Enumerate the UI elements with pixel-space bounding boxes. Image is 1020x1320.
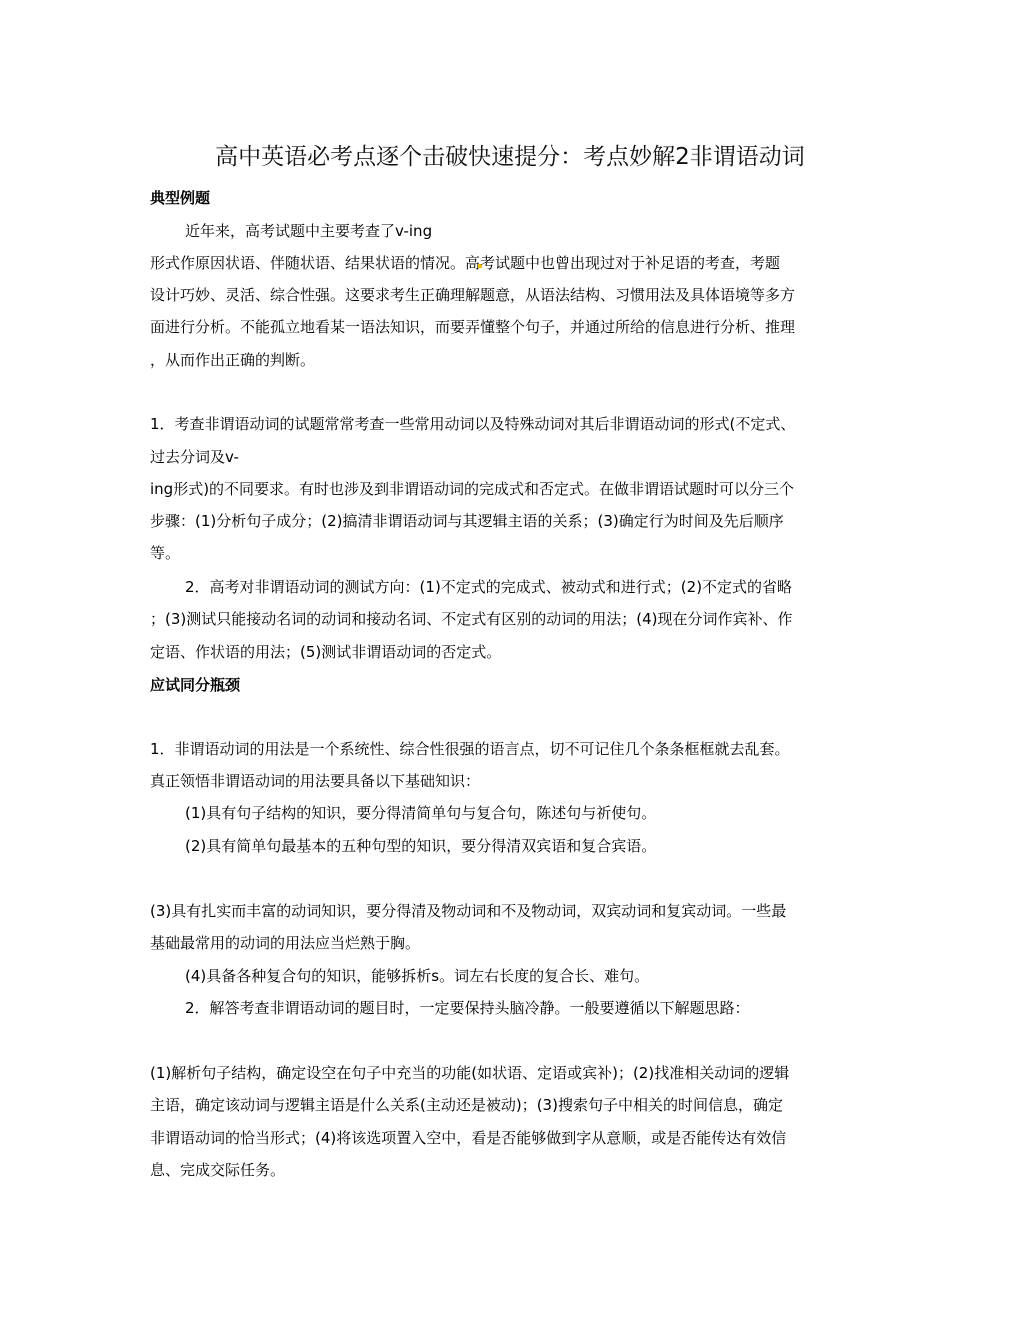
text-span: 考试题中也曾出现过对于补足语的考查，考题 — [480, 254, 780, 272]
paragraph-line: 设计巧妙、灵活、综合性强。这要求考生正确理解题意，从语法结构、习惯用法及具体语境… — [150, 284, 795, 306]
paragraph-line: 面进行分析。不能孤立地看某一语法知识，而要弄懂整个句子，并通过所给的信息进行分析… — [150, 316, 795, 338]
paragraph-line: 形式作原因状语、伴随状语、结果状语的情况。高考试题中也曾出现过对于补足语的考查，… — [150, 252, 780, 274]
paragraph-line: (1)具有句子结构的知识，要分得清简单句与复合句，陈述句与祈使句。 — [185, 802, 656, 824]
document-page: 高中英语必考点逐个击破快速提分：考点妙解2非谓语动词 典型例题 近年来，高考试题… — [0, 0, 1020, 1320]
paragraph-line: (4)具备各种复合句的知识，能够拆析s。词左右长度的复合长、难句。 — [185, 965, 649, 987]
paragraph-line: 基础最常用的动词的用法应当烂熟于胸。 — [150, 932, 420, 954]
paragraph-line: 2．高考对非谓语动词的测试方向：(1)不定式的完成式、被动式和进行式；(2)不定… — [185, 576, 792, 598]
paragraph-line: 等。 — [150, 542, 180, 564]
paragraph-line: 定语、作状语的用法；(5)测试非谓语动词的否定式。 — [150, 641, 501, 663]
paragraph-line: (2)具有简单句最基本的五种句型的知识，要分得清双宾语和复合宾语。 — [185, 835, 656, 857]
paragraph-line: 1．考查非谓语动词的试题常常考查一些常用动词以及特殊动词对其后非谓语动词的形式(… — [150, 413, 795, 435]
paragraph-line: ；(3)测试只能接动名词的动词和接动名词、不定式有区别的动词的用法；(4)现在分… — [150, 608, 793, 630]
section-heading-typical-examples: 典型例题 — [150, 187, 210, 209]
paragraph-line: 2．解答考查非谓语动词的题目时，一定要保持头脑冷静。一般要遵循以下解题思路： — [185, 997, 750, 1019]
paragraph-line: 非谓语动词的恰当形式；(4)将该选项置入空中，看是否能够做到字从意顺，或是否能传… — [150, 1127, 786, 1149]
paragraph-line: ，从而作出正确的判断。 — [150, 349, 315, 371]
paragraph-line: 主语，确定该动词与逻辑主语是什么关系(主动还是被动)；(3)搜索句子中相关的时间… — [150, 1094, 783, 1116]
text-span: 形式作原因状语、伴随状语、结果状语的情况。高 — [150, 254, 480, 272]
paragraph-line: ing形式)的不同要求。有时也涉及到非谓语动词的完成式和否定式。在做非谓语试题时… — [150, 478, 794, 500]
section-heading-bottleneck: 应试同分瓶颈 — [150, 674, 240, 696]
paragraph-line: (1)解析句子结构，确定设空在句子中充当的功能(如状语、定语或宾补)；(2)找准… — [150, 1062, 789, 1084]
paragraph-line: 步骤：(1)分析句子成分；(2)搞清非谓语动词与其逻辑主语的关系；(3)确定行为… — [150, 510, 784, 532]
paragraph-line: 息、完成交际任务。 — [150, 1159, 285, 1181]
paragraph-line: 1．非谓语动词的用法是一个系统性、综合性很强的语言点，切不可记住几个条条框框就去… — [150, 738, 790, 760]
paragraph-line: 真正领悟非谓语动词的用法要具备以下基础知识： — [150, 770, 480, 792]
paragraph-line: (3)具有扎实而丰富的动词知识，要分得清及物动词和不及物动词，双宾动词和复宾动词… — [150, 900, 786, 922]
paragraph-line: 近年来，高考试题中主要考查了v-ing — [185, 220, 432, 242]
paragraph-line: 过去分词及v- — [150, 446, 239, 468]
document-title: 高中英语必考点逐个击破快速提分：考点妙解2非谓语动词 — [0, 140, 1020, 174]
